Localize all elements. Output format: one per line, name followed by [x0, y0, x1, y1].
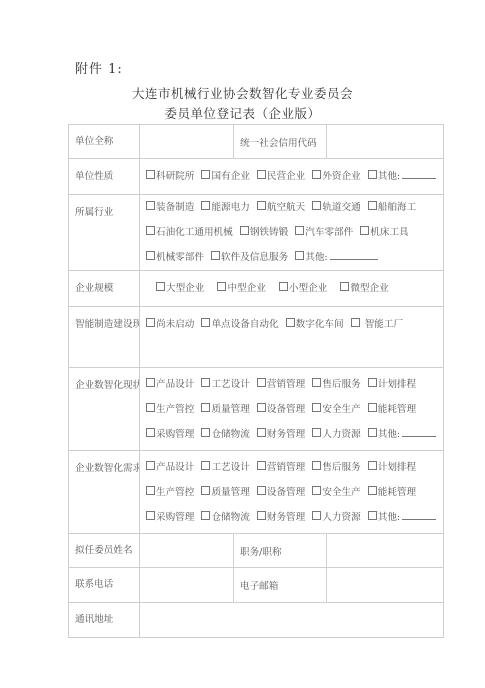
checkbox-option[interactable]: 能耗管理: [368, 404, 416, 415]
checkbox-icon[interactable]: [312, 378, 321, 387]
checkbox-icon[interactable]: [257, 486, 266, 495]
checkbox-icon[interactable]: [368, 170, 377, 179]
option-line: 产品设计 工艺设计 营销管理 售后服务 计划排程: [146, 455, 443, 480]
industry-options: 装备制造 能源电力 航空航天 轨道交通 船舶海工 石油化工通用机械 钢铁铸锻 汽…: [140, 195, 444, 271]
checkbox-icon[interactable]: [146, 428, 155, 437]
checkbox-icon[interactable]: [368, 403, 377, 412]
checkbox-icon[interactable]: [201, 461, 210, 470]
smart-mfg-label: 智能制造建设现状: [69, 307, 140, 368]
checkbox-icon[interactable]: [257, 378, 266, 387]
row-phone: 联系电话 电子邮箱: [69, 568, 444, 603]
checkbox-icon[interactable]: [368, 461, 377, 470]
option-line: 机械零部件 软件及信息服务 其他:: [146, 245, 443, 270]
option-line: 产品设计 工艺设计 营销管理 售后服务 计划排程: [146, 372, 443, 397]
digital-needs-options: 产品设计 工艺设计 营销管理 售后服务 计划排程 生产管控 质量管理 设备管理 …: [140, 451, 444, 534]
checkbox-icon[interactable]: [146, 226, 155, 235]
credit-code-label: 统一社会信用代码: [234, 125, 327, 159]
checkbox-icon[interactable]: [312, 403, 321, 412]
checkbox-icon[interactable]: [146, 486, 155, 495]
checkbox-option[interactable]: 轨道交通: [312, 202, 360, 213]
other-blank-line[interactable]: [330, 251, 378, 260]
credit-code-field[interactable]: [327, 125, 444, 159]
checkbox-icon[interactable]: [312, 461, 321, 470]
checkbox-option-other[interactable]: 其他:: [368, 429, 436, 440]
checkbox-option[interactable]: 采购管理: [146, 512, 194, 523]
checkbox-icon[interactable]: [201, 201, 210, 210]
other-blank-line[interactable]: [402, 511, 436, 520]
checkbox-option[interactable]: 单点设备自动化: [201, 319, 278, 330]
checkbox-option[interactable]: 安全生产: [312, 404, 360, 415]
checkbox-icon[interactable]: [312, 170, 321, 179]
checkbox-icon[interactable]: [368, 378, 377, 387]
smart-mfg-options: 尚未启动 单点设备自动化 数字化车间 智能工厂: [140, 307, 444, 368]
checkbox-icon[interactable]: [146, 251, 155, 260]
option-line: 石油化工通用机械 钢铁铸锻 汽车零部件 机床工具: [146, 220, 443, 245]
checkbox-icon[interactable]: [368, 486, 377, 495]
checkbox-icon[interactable]: [279, 282, 288, 291]
checkbox-option[interactable]: 工艺设计: [201, 379, 249, 390]
checkbox-icon[interactable]: [201, 486, 210, 495]
checkbox-icon[interactable]: [201, 378, 210, 387]
checkbox-option[interactable]: 质量管理: [201, 404, 249, 415]
checkbox-icon[interactable]: [340, 282, 349, 291]
checkbox-option[interactable]: 微型企业: [340, 283, 388, 294]
checkbox-icon[interactable]: [368, 511, 377, 520]
checkbox-option[interactable]: 钢铁铸锻: [240, 227, 288, 238]
row-digital-status: 企业数智化现状（可多选） 产品设计 工艺设计 营销管理 售后服务 计划排程 生产…: [69, 368, 444, 451]
option-line: 采购管理 仓储物流 财务管理 人力资源 其他:: [146, 505, 443, 530]
checkbox-option[interactable]: 质量管理: [201, 487, 249, 498]
row-unit-name: 单位全称 统一社会信用代码: [69, 125, 444, 159]
phone-field[interactable]: [140, 568, 234, 603]
digital-status-options: 产品设计 工艺设计 营销管理 售后服务 计划排程 生产管控 质量管理 设备管理 …: [140, 368, 444, 451]
checkbox-icon[interactable]: [312, 486, 321, 495]
checkbox-option[interactable]: 大型企业: [156, 283, 204, 294]
checkbox-icon[interactable]: [295, 226, 304, 235]
checkbox-icon[interactable]: [217, 282, 226, 291]
checkbox-option[interactable]: 安全生产: [312, 487, 360, 498]
row-smart-manufacturing: 智能制造建设现状 尚未启动 单点设备自动化 数字化车间 智能工厂: [69, 307, 444, 368]
checkbox-option[interactable]: 民营企业: [257, 171, 305, 182]
checkbox-option[interactable]: 营销管理: [257, 379, 305, 390]
checkbox-icon[interactable]: [368, 201, 377, 210]
checkbox-option[interactable]: 仓储物流: [201, 512, 249, 523]
checkbox-option[interactable]: 装备制造: [146, 202, 194, 213]
checkbox-option[interactable]: 航空航天: [257, 202, 305, 213]
checkbox-option[interactable]: 数字化车间: [286, 319, 344, 330]
checkbox-option[interactable]: 财务管理: [257, 429, 305, 440]
checkbox-icon[interactable]: [201, 428, 210, 437]
checkbox-icon[interactable]: [156, 282, 165, 291]
checkbox-option[interactable]: 售后服务: [312, 379, 360, 390]
digital-status-label: 企业数智化现状（可多选）: [69, 368, 140, 451]
checkbox-icon[interactable]: [146, 403, 155, 412]
address-label: 通讯地址: [69, 603, 140, 638]
member-name-field[interactable]: [140, 534, 234, 568]
address-field[interactable]: [140, 603, 444, 638]
checkbox-icon[interactable]: [146, 170, 155, 179]
checkbox-option[interactable]: 国有企业: [201, 171, 249, 182]
checkbox-option[interactable]: 能耗管理: [368, 487, 416, 498]
checkbox-icon[interactable]: [257, 428, 266, 437]
checkbox-option[interactable]: 产品设计: [146, 379, 194, 390]
unit-nature-label: 单位性质: [69, 159, 140, 195]
checkbox-option[interactable]: 营销管理: [257, 462, 305, 473]
form-title-line2: 委员单位登记表（企业版）: [0, 104, 485, 122]
position-title-label: 职务/职称: [234, 534, 327, 568]
form-title-line1: 大连市机械行业协会数智化专业委员会: [0, 84, 485, 102]
row-address: 通讯地址: [69, 603, 444, 638]
checkbox-option[interactable]: 外资企业: [312, 171, 360, 182]
scale-label: 企业规模: [69, 271, 140, 307]
checkbox-option[interactable]: 生产管控: [146, 404, 194, 415]
member-name-label: 拟任委员姓名: [69, 534, 140, 568]
scale-options: 大型企业 中型企业 小型企业 微型企业: [140, 271, 444, 307]
option-line: 生产管控 质量管理 设备管理 安全生产 能耗管理: [146, 480, 443, 505]
checkbox-option-other[interactable]: 其他:: [295, 252, 377, 263]
checkbox-icon[interactable]: [257, 511, 266, 520]
checkbox-icon[interactable]: [201, 403, 210, 412]
checkbox-icon[interactable]: [240, 226, 249, 235]
email-label: 电子邮箱: [234, 568, 327, 603]
row-digital-needs: 企业数智化需求（可多选） 产品设计 工艺设计 营销管理 售后服务 计划排程 生产…: [69, 451, 444, 534]
checkbox-icon[interactable]: [211, 251, 220, 260]
checkbox-icon[interactable]: [257, 201, 266, 210]
checkbox-option-other[interactable]: 其他:: [368, 512, 436, 523]
other-blank-line[interactable]: [402, 428, 436, 437]
checkbox-icon[interactable]: [257, 170, 266, 179]
row-scale: 企业规模 大型企业 中型企业 小型企业 微型企业: [69, 271, 444, 307]
checkbox-icon[interactable]: [146, 378, 155, 387]
checkbox-option[interactable]: 船舶海工: [368, 202, 416, 213]
checkbox-icon[interactable]: [146, 318, 155, 327]
checkbox-option[interactable]: 小型企业: [279, 283, 327, 294]
checkbox-option[interactable]: 人力资源: [312, 429, 360, 440]
checkbox-option[interactable]: 科研院所: [146, 171, 194, 182]
checkbox-icon[interactable]: [295, 251, 304, 260]
checkbox-option[interactable]: 人力资源: [312, 512, 360, 523]
checkbox-icon[interactable]: [360, 226, 369, 235]
checkbox-icon[interactable]: [312, 428, 321, 437]
checkbox-option[interactable]: 设备管理: [257, 487, 305, 498]
industry-label: 所属行业: [69, 195, 140, 271]
checkbox-option[interactable]: 售后服务: [312, 462, 360, 473]
checkbox-icon[interactable]: [368, 428, 377, 437]
checkbox-icon[interactable]: [201, 318, 210, 327]
digital-needs-label: 企业数智化需求（可多选）: [69, 451, 140, 534]
row-member-name: 拟任委员姓名 职务/职称: [69, 534, 444, 568]
checkbox-icon[interactable]: [312, 511, 321, 520]
checkbox-option[interactable]: 产品设计: [146, 462, 194, 473]
checkbox-icon[interactable]: [146, 461, 155, 470]
option-line: 装备制造 能源电力 航空航天 轨道交通 船舶海工: [146, 195, 443, 220]
row-unit-nature: 单位性质 科研院所 国有企业 民营企业 外资企业 其他:: [69, 159, 444, 195]
checkbox-option[interactable]: 采购管理: [146, 429, 194, 440]
checkbox-option-other[interactable]: 其他:: [368, 171, 436, 182]
checkbox-icon[interactable]: [312, 201, 321, 210]
checkbox-option[interactable]: 尚未启动: [146, 319, 194, 330]
checkbox-option[interactable]: 生产管控: [146, 487, 194, 498]
checkbox-icon[interactable]: [146, 201, 155, 210]
checkbox-option[interactable]: 工艺设计: [201, 462, 249, 473]
other-blank-line[interactable]: [402, 170, 436, 179]
unit-name-field[interactable]: [140, 125, 234, 159]
checkbox-option[interactable]: 机械零部件: [146, 252, 204, 263]
unit-name-label: 单位全称: [69, 125, 140, 159]
checkbox-icon[interactable]: [257, 403, 266, 412]
checkbox-option[interactable]: 能源电力: [201, 202, 249, 213]
checkbox-icon[interactable]: [201, 170, 210, 179]
registration-form-table: 单位全称 统一社会信用代码 单位性质 科研院所 国有企业 民营企业 外资企业 其…: [68, 124, 444, 638]
row-industry: 所属行业 装备制造 能源电力 航空航天 轨道交通 船舶海工 石油化工通用机械 钢…: [69, 195, 444, 271]
unit-nature-options: 科研院所 国有企业 民营企业 外资企业 其他:: [140, 159, 444, 195]
option-line: 采购管理 仓储物流 财务管理 人力资源 其他:: [146, 422, 443, 447]
phone-label: 联系电话: [69, 568, 140, 603]
checkbox-option[interactable]: 设备管理: [257, 404, 305, 415]
email-field[interactable]: [327, 568, 444, 603]
checkbox-option[interactable]: 智能工厂: [351, 319, 403, 330]
checkbox-icon[interactable]: [146, 511, 155, 520]
attachment-label: 附件 1:: [75, 58, 123, 77]
checkbox-icon[interactable]: [351, 318, 360, 327]
position-title-field[interactable]: [327, 534, 444, 568]
checkbox-option[interactable]: 中型企业: [217, 283, 265, 294]
checkbox-option[interactable]: 仓储物流: [201, 429, 249, 440]
checkbox-option[interactable]: 汽车零部件: [295, 227, 353, 238]
checkbox-icon[interactable]: [257, 461, 266, 470]
checkbox-option[interactable]: 计划排程: [368, 379, 416, 390]
checkbox-icon[interactable]: [286, 318, 295, 327]
checkbox-option[interactable]: 计划排程: [368, 462, 416, 473]
checkbox-option[interactable]: 财务管理: [257, 512, 305, 523]
checkbox-option[interactable]: 石油化工通用机械: [146, 227, 233, 238]
option-line: 生产管控 质量管理 设备管理 安全生产 能耗管理: [146, 397, 443, 422]
checkbox-icon[interactable]: [201, 511, 210, 520]
checkbox-option[interactable]: 软件及信息服务: [211, 252, 288, 263]
checkbox-option[interactable]: 机床工具: [360, 227, 408, 238]
